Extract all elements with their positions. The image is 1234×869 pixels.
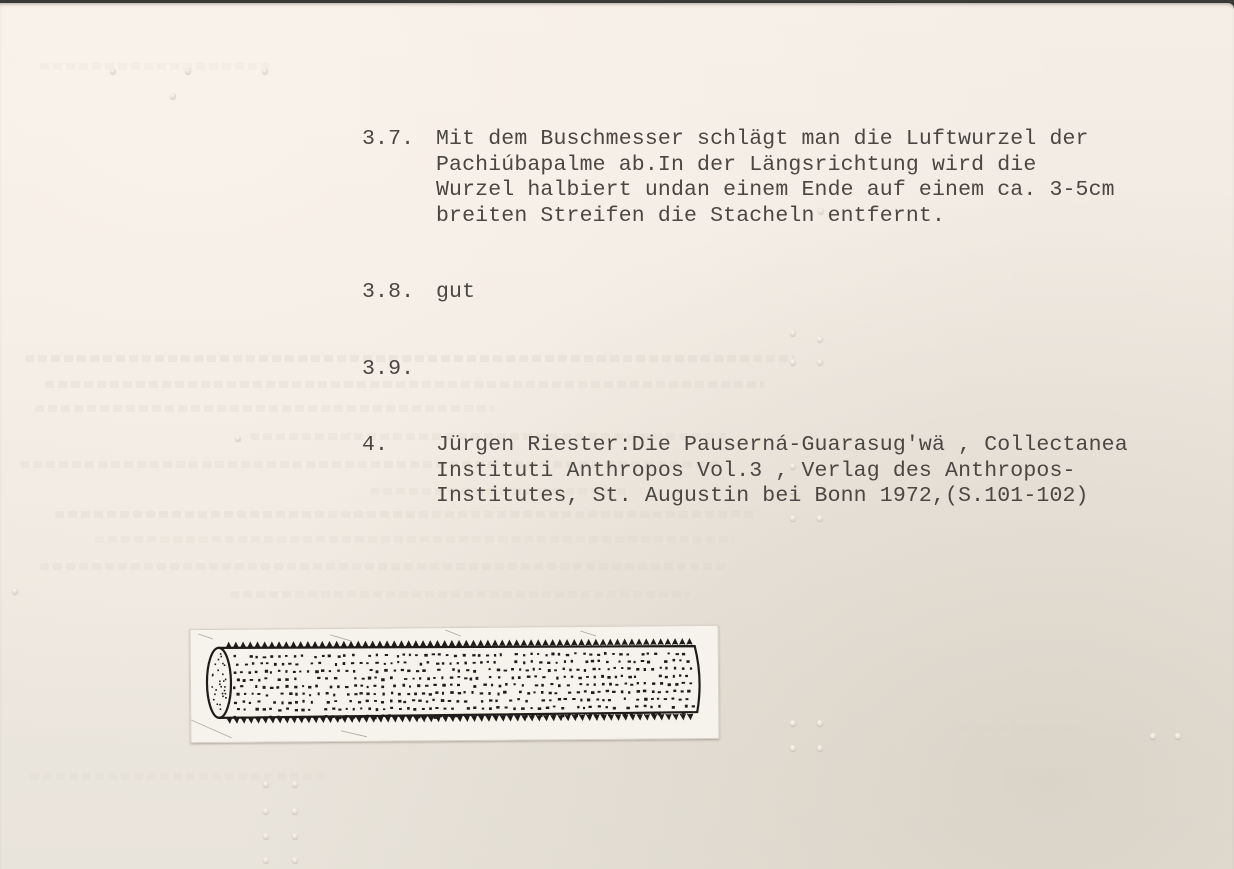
citation-line: Jürgen Riester:Die Pauserná-Guarasug'wä … [436,433,1128,459]
entry-line: Wurzel halbiert undan einem Ende auf ein… [436,178,1115,204]
root-drawing-clipping [190,625,720,743]
citation-line: Institutes, St. Augustin bei Bonn 1972,(… [436,484,1128,510]
spiny-root-drawing [191,626,719,742]
entry-number: 4. [362,433,436,510]
entry-number: 3.9. [362,357,436,383]
index-card: 3.7. Mit dem Buschmesser schlägt man die… [0,3,1234,869]
entry-number: 3.8. [362,280,436,306]
entry-4: 4. Jürgen Riester:Die Pauserná-Guarasug'… [362,433,1128,510]
entry-line: breiten Streifen die Stacheln entfernt. [436,204,1115,230]
citation-line: Instituti Anthropos Vol.3 , Verlag des A… [436,459,1128,485]
entry-3-7: 3.7. Mit dem Buschmesser schlägt man die… [362,127,1128,229]
entry-3-8: 3.8. gut [362,280,1128,306]
entry-line: Pachiúbapalme ab.In der Längsrichtung wi… [436,153,1115,179]
entry-line: gut [436,280,475,306]
typed-text-block: 3.7. Mit dem Buschmesser schlägt man die… [362,76,1128,561]
entry-number: 3.7. [362,127,436,229]
entry-line: Mit dem Buschmesser schlägt man die Luft… [436,127,1115,153]
entry-3-9: 3.9. [362,357,1128,383]
